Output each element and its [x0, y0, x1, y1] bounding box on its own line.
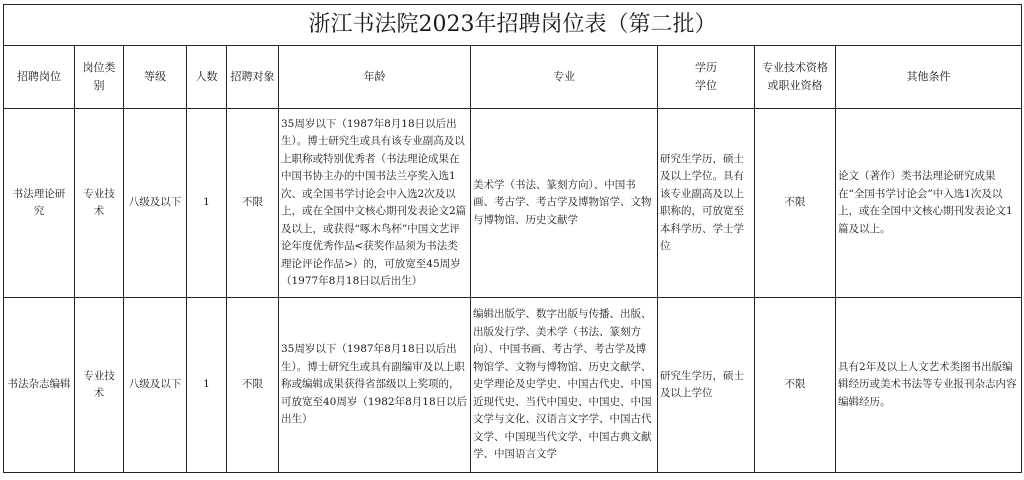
header-grade: 等级: [124, 46, 187, 109]
cell-category-text: 专业技术: [81, 186, 117, 221]
cell-education: 研究生学历，硕士及以上学位: [658, 298, 755, 473]
table-row: 书法杂志编辑 专业技术 八级及以下 1 不限 35周岁以下（1987年8月18日…: [4, 298, 1022, 473]
cell-position: 书法杂志编辑: [4, 298, 75, 473]
header-category: 岗位类别: [75, 46, 124, 109]
cell-category-text: 专业技术: [81, 368, 117, 403]
cell-grade: 八级及以下: [124, 298, 187, 473]
table-title: 浙江书法院2023年招聘岗位表（第二批）: [4, 5, 1022, 46]
header-education: 学历 学位: [658, 46, 755, 109]
cell-grade: 八级及以下: [124, 109, 187, 298]
cell-count: 1: [187, 298, 227, 473]
recruitment-table: 浙江书法院2023年招聘岗位表（第二批） 招聘岗位 岗位类别 等级 人数 招聘对…: [3, 4, 1022, 473]
header-education-line1: 学历: [658, 59, 754, 77]
header-qualification-line2: 或职业资格: [755, 77, 835, 95]
header-major: 专业: [471, 46, 658, 109]
header-age: 年龄: [279, 46, 471, 109]
header-row: 招聘岗位 岗位类别 等级 人数 招聘对象 年龄 专业 学历 学位 专业技术资格 …: [4, 46, 1022, 109]
cell-other: 论文（著作）类书法理论研究成果在“全国书学讨论会”中入选1次及以上，或在全国中文…: [836, 109, 1022, 298]
header-other: 其他条件: [836, 46, 1022, 109]
header-count: 人数: [187, 46, 227, 109]
cell-qualification: 不限: [755, 109, 836, 298]
table-row: 书法理论研究 专业技术 八级及以下 1 不限 35周岁以下（1987年8月18日…: [4, 109, 1022, 298]
header-qualification: 专业技术资格 或职业资格: [755, 46, 836, 109]
cell-category: 专业技术: [75, 298, 124, 473]
header-qualification-line1: 专业技术资格: [755, 59, 835, 77]
header-education-line2: 学位: [658, 77, 754, 95]
header-category-text: 岗位类别: [81, 59, 117, 95]
header-position: 招聘岗位: [4, 46, 75, 109]
cell-target: 不限: [227, 109, 279, 298]
cell-major: 编辑出版学、数字出版与传播、出版、出版发行学、美术学（书法、篆刻方向）、中国书画…: [471, 298, 658, 473]
cell-position-text: 书法理论研究: [10, 186, 68, 221]
cell-major: 美术学（书法、篆刻方向）、中国书画、考古学、考古学及博物馆学、文物与博物馆、历史…: [471, 109, 658, 298]
cell-other: 具有2年及以上人文艺术类图书出版编辑经历或美术书法等专业报刊杂志内容编辑经历。: [836, 298, 1022, 473]
cell-age: 35周岁以下（1987年8月18日以后出生）。博士研究生或具有该专业副高及以上职…: [279, 109, 471, 298]
cell-position: 书法理论研究: [4, 109, 75, 298]
header-target: 招聘对象: [227, 46, 279, 109]
cell-count: 1: [187, 109, 227, 298]
cell-target: 不限: [227, 298, 279, 473]
recruitment-table-sheet: 浙江书法院2023年招聘岗位表（第二批） 招聘岗位 岗位类别 等级 人数 招聘对…: [3, 4, 1021, 473]
cell-education: 研究生学历，硕士及以上学位。具有该专业副高及以上职称的，可放宽至本科学历、学士学…: [658, 109, 755, 298]
cell-category: 专业技术: [75, 109, 124, 298]
cell-age: 35周岁以下（1987年8月18日以后出生）。博士研究生或具有副编审及以上职称或…: [279, 298, 471, 473]
cell-qualification: 不限: [755, 298, 836, 473]
